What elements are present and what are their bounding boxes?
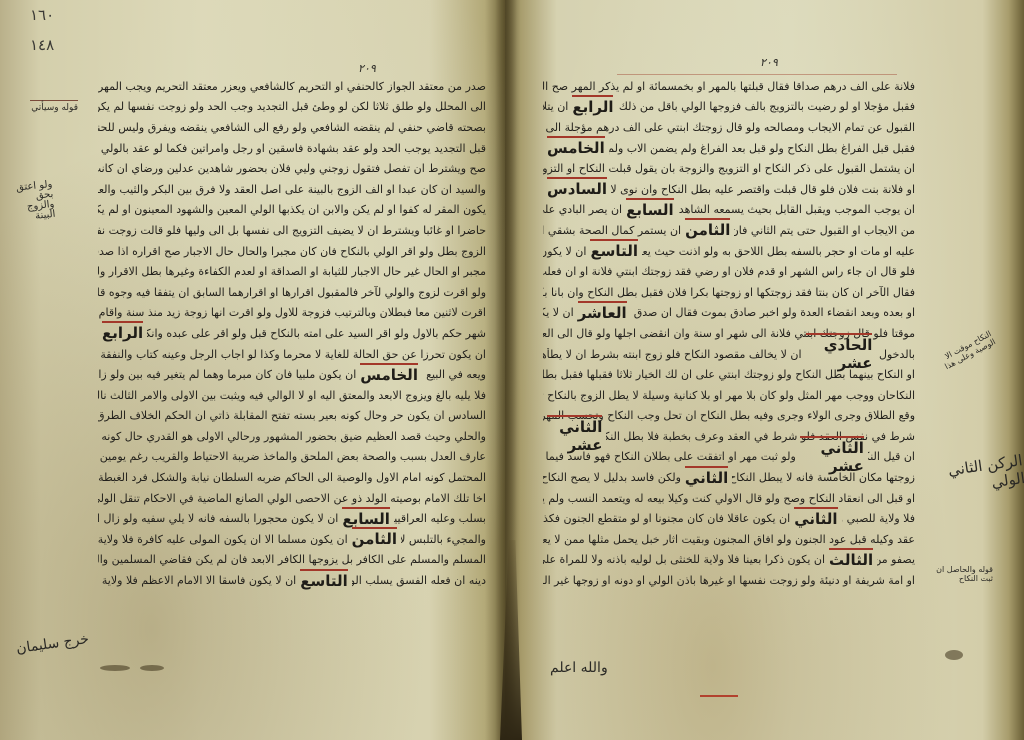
- line-text: ولكن فاسد بدليل لا يصح النكاح: [543, 471, 681, 484]
- manuscript-line: عارف العدل بسبب والصحة بعض الملحق والماخ…: [98, 447, 486, 468]
- line-text: بالدخول ولا: [876, 348, 915, 361]
- rubric-heading: الثامن: [352, 530, 397, 548]
- page-header-mark: ٢٠٩: [760, 56, 778, 69]
- manuscript-line: من الايجاب او القبول حتى يتم الثاني فان …: [543, 220, 915, 241]
- manuscript-line: الزوج بطل ولو اقر الولي بالنكاح فان كان …: [98, 241, 486, 262]
- rubric-heading: الخامس: [360, 366, 418, 384]
- line-text: شرط في نفس العقد فلو شرط في العقد وعرف ب…: [606, 430, 915, 443]
- manuscript-line: المسلم والمسلم على الكافر بل يزوجها الكا…: [98, 550, 486, 571]
- manuscript-line: فلو قال ان جاء راس الشهر او قدم فلان او …: [543, 261, 915, 282]
- rubric-heading: العاشر: [578, 304, 627, 322]
- line-text: الى المحلل ولو طلق ثلاثا لكن لو وطئ قبل …: [98, 100, 486, 113]
- margin-signature: خرج سليمان: [15, 631, 90, 657]
- line-text: ان يكون ذكرا بعينا فلا ولاية للخنثى بل ل…: [543, 553, 825, 566]
- manuscript-line: السادس ان يكون حر وحال كونه بعير بسته تف…: [98, 406, 486, 427]
- manuscript-line: قبل التجديد يوجب الحد ولو عقد بشهادة فاس…: [98, 138, 486, 159]
- line-text: عارف العدل بسبب والصحة بعض الملحق والماخ…: [98, 450, 486, 463]
- rubric-heading: الثامن: [685, 221, 730, 239]
- line-text: ان لا يكون فاسقا الا الامام الاعظم فلا و…: [98, 574, 296, 587]
- line-text: فلو قال ان جاء راس الشهر او قدم فلان او …: [543, 265, 915, 278]
- line-text: او بعده وبعد انقضاء العدة ولو اخبر صادق …: [631, 306, 915, 319]
- rubric-heading: السابع: [342, 510, 390, 528]
- ruled-line: [617, 74, 897, 75]
- rubric-heading: الرابع: [102, 324, 143, 342]
- line-text: من الايجاب او القبول حتى يتم الثاني فان …: [734, 224, 915, 237]
- line-text: ان يستمر كمال الصحة بشقي الثالث فلو جن ا…: [543, 224, 681, 237]
- line-text: السادس ان يكون حر وحال كونه بعير بسته تف…: [98, 409, 486, 422]
- manuscript-line: ان يوجب الموجب ويقبل القابل بحيث يسمعه ا…: [543, 200, 915, 221]
- line-text: القبول عن تمام الايجاب ومصالحه ولو قال ز…: [543, 121, 915, 134]
- line-text: صح ويشترط ان تفصل فتقول زوجني وليي فلان …: [98, 162, 486, 175]
- line-text: اخا تلك الامام بوصيته الولد ذو عن الاحصى…: [98, 492, 486, 505]
- manuscript-line: يكون المقر له كفوا او لم يكن والابن ان ي…: [98, 200, 486, 221]
- line-text: ان لا يكون معلقا: [543, 245, 586, 258]
- rubric-heading: الثالث: [829, 551, 873, 569]
- closing-signature: والله اعلم: [550, 660, 608, 676]
- manuscript-line: او قبل الى انعقاد النكاح وصح ولو قال الا…: [543, 488, 915, 509]
- ink-stain: [945, 650, 963, 660]
- line-text: المحتمل كونه امام الاول والوصية الى الحا…: [98, 471, 486, 484]
- manuscript-line: ويعه في البيع والجيب الخامس ان يكون ملبي…: [98, 364, 486, 385]
- manuscript-line: اقرت لاثنين معا فبطلان وبالترتيب فزوجة ل…: [98, 303, 486, 324]
- rubric-heading: التاسع: [590, 242, 638, 260]
- manuscript-line: فقال الآخر ان كان بنتا فقد زوجتكها او زو…: [543, 282, 915, 303]
- manuscript-line: ولو اقرت لزوج والولي لآخر فالمقبول اقرار…: [98, 282, 486, 303]
- rubric-heading: السادس: [547, 180, 607, 198]
- manuscript-line: حاضرا او غائبا ويشترط ان لا يضيف التزويج…: [98, 220, 486, 241]
- manuscript-line: فقبل قبل الفراغ بطل النكاح ولو قبل بعد ا…: [543, 138, 915, 159]
- line-text: ويعه في البيع والجيب: [422, 368, 486, 381]
- manuscript-line: اخا تلك الامام بوصيته الولد ذو عن الاحصى…: [98, 488, 486, 509]
- line-text: والمجيء بالتلبس لا يمنع الولاية: [401, 533, 486, 546]
- line-text: حاضرا او غائبا ويشترط ان لا يضيف التزويج…: [98, 224, 486, 237]
- line-text: ان يكون مسلما الا ان يكون المولى عليه كا…: [98, 533, 348, 546]
- manuscript-line: يصفو من الخبل الثالث ان يكون ذكرا بعينا …: [543, 550, 915, 571]
- line-text: ان لا يكون: [543, 306, 574, 319]
- line-text: او امة شريفة او دنيئة ولو زوجت نفسها او …: [543, 574, 915, 587]
- line-text: فلانة على الف درهم صداقا فقال قبلتها بال…: [543, 80, 915, 93]
- line-text: صدر من معتقد الجواز كالحنفي او التحريم ك…: [98, 80, 486, 93]
- ink-stain: [100, 665, 130, 671]
- manuscript-line: فلا ولاية للصبي ويزوج الابعد الثاني ان ي…: [543, 508, 915, 529]
- folio-number: ١٤٨: [30, 36, 54, 54]
- line-text: زوجتها مكان الخامسة فانه لا يبطل النكاح: [732, 471, 915, 484]
- line-text: قبل التجديد يوجب الحد ولو عقد بشهادة فاس…: [98, 142, 486, 155]
- line-text: بسلب وعليه العراقيين نظر: [394, 512, 486, 525]
- line-text: ان يصر البادي على ما تلفظ به: [543, 203, 622, 216]
- line-text: ان يكون ملبيا فان كان مبرما وهما لم يتغي…: [98, 368, 356, 381]
- line-text: دينه ان فعله الفسق يسلب الولاية في الاسل…: [352, 574, 486, 587]
- manuscript-line: صدر من معتقد الجواز كالحنفي او التحريم ك…: [98, 76, 486, 97]
- rubric-heading: الثاني: [794, 510, 837, 528]
- manuscript-line: فقبل مؤجلا او لو رضيت بالتزويج بالف فزوج…: [543, 97, 915, 118]
- manuscript-line: عقد وكيله قبل عود الجنون ولو افاق المجنو…: [543, 529, 915, 550]
- line-text: فلا يليه بالغ ويزوج الابعد والمعتق اليه …: [98, 389, 486, 402]
- margin-section-title: الركن الثاني الولي: [921, 451, 1024, 501]
- page-header-mark: ٢٠٩: [358, 62, 376, 75]
- line-text: فلا ولاية للصبي ويزوج الابعد: [842, 512, 915, 525]
- manuscript-line: النكاحان ووجب مهر المثل ولو كان بلا مهر …: [543, 385, 915, 406]
- margin-note: قوله والحاصل ان ثبت النكاح: [933, 565, 993, 583]
- line-text: المسلم والمسلم على الكافر بل يزوجها الكا…: [98, 553, 486, 566]
- line-text: فقال الآخر ان كان بنتا فقد زوجتكها او زو…: [543, 286, 915, 299]
- manuscript-line: بصحته قاضي حنفي لم ينقضه الشافعي ولو رفع…: [98, 117, 486, 138]
- manuscript-line: الى المحلل ولو طلق ثلاثا لكن لو وطئ قبل …: [98, 97, 486, 118]
- manuscript-line: المحتمل كونه امام الاول والوصية الى الحا…: [98, 467, 486, 488]
- line-text: ولو اقرت لزوج والولي لآخر فالمقبول اقرار…: [98, 286, 486, 299]
- margin-note: قوله وسيأتي: [30, 100, 78, 113]
- manuscript-line: شهر حكم بالاول ولو اقر السيد على امته با…: [98, 323, 486, 344]
- manuscript-line: او فلانة بنت فلان فلو قال قبلت واقتصر عل…: [543, 179, 915, 200]
- line-text: ان يتلاحق: [543, 100, 568, 113]
- line-text: يكون المقر له كفوا او لم يكن والابن ان ي…: [98, 203, 486, 216]
- manuscript-line: ان قيل النكاح الثاني عشر ولو ثبت مهر او …: [543, 447, 915, 468]
- line-text: ان يكون عاقلا فان كان مجنونا او لو متقطع…: [543, 512, 790, 525]
- line-text: بصحته قاضي حنفي لم ينقضه الشافعي ولو رفع…: [98, 121, 486, 134]
- line-text: او النكاح بينهما بطل النكاح ولو زوجتك اب…: [543, 368, 915, 381]
- manuscript-line: او امة شريفة او دنيئة ولو زوجت نفسها او …: [543, 570, 915, 591]
- line-text: ان يكون تحرزا عن حق الحالة للغاية لا محر…: [98, 348, 486, 361]
- line-text: او فلانة بنت فلان فلو قال قبلت واقتصر عل…: [611, 183, 915, 196]
- rubric-heading: الثاني: [685, 469, 728, 487]
- manuscript-line: ان يكون تحرزا عن حق الحالة للغاية لا محر…: [98, 344, 486, 365]
- right-manuscript-page: ٢٠٩ فلانة على الف درهم صداقا فقال قبلتها…: [505, 0, 1024, 740]
- folio-number-top: ١٦٠: [30, 6, 54, 24]
- line-text: والسيد ان كان عبدا او الف الزوج بالبينة …: [98, 183, 486, 196]
- rubric-heading: الخامس: [547, 139, 605, 157]
- rubric-heading: التاسع: [300, 572, 348, 590]
- margin-note: النكاح موقت الا الوصية وعلى هذا: [925, 329, 997, 379]
- manuscript-line: صح ويشترط ان تفصل فتقول زوجني وليي فلان …: [98, 158, 486, 179]
- line-text: والحلي وحيث قصد العظيم ضيق بحضور المشهور…: [98, 430, 486, 443]
- manuscript-line: فلانة على الف درهم صداقا فقال قبلتها بال…: [543, 76, 915, 97]
- right-text-block: فلانة على الف درهم صداقا فقال قبلتها بال…: [543, 76, 915, 591]
- line-text: يصفو من الخبل: [877, 553, 915, 566]
- line-text: مجبر او الحال غير حال الاجبار للثيابة او…: [98, 265, 486, 278]
- line-text: فقبل قبل الفراغ بطل النكاح ولو قبل بعد ا…: [609, 142, 915, 155]
- manuscript-line: والحلي وحيث قصد العظيم ضيق بحضور المشهور…: [98, 426, 486, 447]
- manuscript-line: او النكاح بينهما بطل النكاح ولو زوجتك اب…: [543, 364, 915, 385]
- margin-note: ولو اعتق بحق والزوج البينة: [10, 180, 56, 224]
- manuscript-line: فلا يليه بالغ ويزوج الابعد والمعتق اليه …: [98, 385, 486, 406]
- rubric-heading: السابع: [626, 201, 674, 219]
- manuscript-line: والسيد ان كان عبدا او الف الزوج بالبينة …: [98, 179, 486, 200]
- line-text: الزوج بطل ولو اقر الولي بالنكاح فان كان …: [98, 245, 486, 258]
- line-text: شهر حكم بالاول ولو اقر السيد على امته با…: [147, 327, 486, 340]
- line-text: ولو ثبت مهر او اتفقت على بطلان النكاح فه…: [543, 450, 796, 463]
- line-text: عليه او مات او حجر بالسفه بطل اللاحق به …: [642, 245, 915, 258]
- line-text: ان لا يكون محجورا بالسفه فانه لا يلي سفي…: [98, 512, 338, 525]
- line-text: ان يشتمل القبول على ذكر النكاح او التزوي…: [543, 162, 915, 175]
- line-text: او قبل الى انعقاد النكاح وصح ولو قال الا…: [543, 492, 915, 505]
- manuscript-line: بالدخول ولا الحادي عشر ان لا يخالف مقصود…: [543, 344, 915, 365]
- manuscript-line: مجبر او الحال غير حال الاجبار للثيابة او…: [98, 261, 486, 282]
- red-rubric-mark: [700, 695, 738, 697]
- line-text: النكاحان ووجب مهر المثل ولو كان بلا مهر …: [543, 389, 915, 402]
- left-manuscript-page: ١٦٠ ١٤٨ ٢٠٩ صدر من معتقد الجواز كالحنفي …: [0, 0, 505, 740]
- manuscript-line: بسلب وعليه العراقيين نظر السابع ان لا يك…: [98, 508, 486, 529]
- left-text-block: صدر من معتقد الجواز كالحنفي او التحريم ك…: [98, 76, 486, 591]
- line-text: ان يوجب الموجب ويقبل القابل بحيث يسمعه ا…: [678, 203, 915, 216]
- ink-stain: [140, 665, 164, 671]
- manuscript-line: عليه او مات او حجر بالسفه بطل اللاحق به …: [543, 241, 915, 262]
- manuscript-line: او بعده وبعد انقضاء العدة ولو اخبر صادق …: [543, 303, 915, 324]
- rubric-heading: الرابع: [572, 98, 613, 116]
- line-text: عقد وكيله قبل عود الجنون ولو افاق المجنو…: [543, 533, 915, 546]
- manuscript-line: دينه ان فعله الفسق يسلب الولاية في الاسل…: [98, 570, 486, 591]
- manuscript-line: ان يشتمل القبول على ذكر النكاح او التزوي…: [543, 158, 915, 179]
- manuscript-line: زوجتها مكان الخامسة فانه لا يبطل النكاح …: [543, 467, 915, 488]
- manuscript-line: والمجيء بالتلبس لا يمنع الولاية الثامن ا…: [98, 529, 486, 550]
- line-text: فقبل مؤجلا او لو رضيت بالتزويج بالف فزوج…: [617, 100, 915, 113]
- line-text: ان لا يخالف مقصود النكاح فلو زوج ابنته ب…: [543, 348, 802, 361]
- line-text: اقرت لاثنين معا فبطلان وبالترتيب فزوجة ل…: [98, 306, 486, 319]
- line-text: ان قيل النكاح: [868, 450, 915, 463]
- manuscript-line: القبول عن تمام الايجاب ومصالحه ولو قال ز…: [543, 117, 915, 138]
